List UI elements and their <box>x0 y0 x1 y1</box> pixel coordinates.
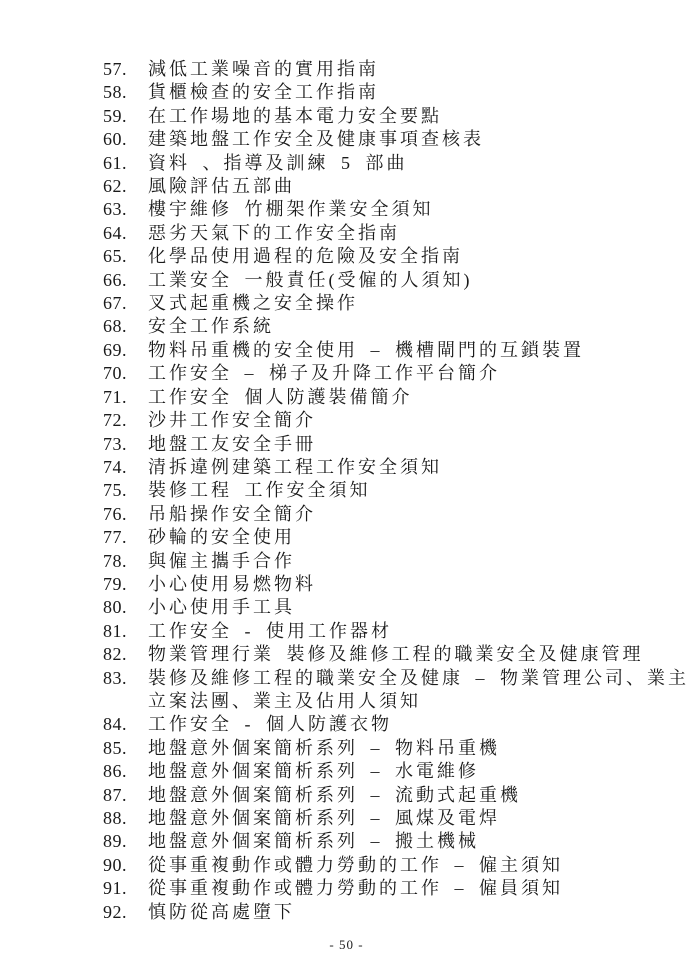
item-number: 86. <box>103 760 148 783</box>
item-text-line: 化學品使用過程的危險及安全指南 <box>148 245 663 268</box>
item-text: 叉式起重機之安全操作 <box>148 292 663 315</box>
page-footer: - 50 - <box>0 936 693 954</box>
list-item: 75. 裝修工程 工作安全須知 <box>103 479 663 502</box>
item-text-line: 惡劣天氣下的工作安全指南 <box>148 222 663 245</box>
item-number: 79. <box>103 573 148 596</box>
item-text-line: 建築地盤工作安全及健康事項查核表 <box>148 128 663 151</box>
list-item: 83. 裝修及維修工程的職業安全及健康 – 物業管理公司、業主立案法團、業主及佔… <box>103 667 663 714</box>
list-item: 87. 地盤意外個案簡析系列 – 流動式起重機 <box>103 784 663 807</box>
item-text-line: 減低工業噪音的實用指南 <box>148 58 663 81</box>
document-page: 57. 減低工業噪音的實用指南 58. 貨櫃檢查的安全工作指南 59. 在工作場… <box>0 0 693 980</box>
item-text-line: 物料吊重機的安全使用 – 機槽閘門的互鎖裝置 <box>148 339 663 362</box>
item-text: 貨櫃檢查的安全工作指南 <box>148 81 663 104</box>
item-text-line: 砂輪的安全使用 <box>148 526 663 549</box>
item-number: 70. <box>103 362 148 385</box>
item-text: 在工作場地的基本電力安全要點 <box>148 105 663 128</box>
item-text-line: 從事重複動作或體力勞動的工作 – 僱員須知 <box>148 877 663 900</box>
list-item: 65. 化學品使用過程的危險及安全指南 <box>103 245 663 268</box>
list-item: 63. 樓宇維修 竹棚架作業安全須知 <box>103 198 663 221</box>
item-text-line: 地盤意外個案簡析系列 – 流動式起重機 <box>148 784 663 807</box>
page-number: - 50 - <box>329 937 363 952</box>
item-text-line: 叉式起重機之安全操作 <box>148 292 663 315</box>
item-number: 80. <box>103 596 148 619</box>
item-text-line: 地盤意外個案簡析系列 – 水電維修 <box>148 760 663 783</box>
item-number: 72. <box>103 409 148 432</box>
item-text: 樓宇維修 竹棚架作業安全須知 <box>148 198 663 221</box>
item-text-line: 工作安全 個人防護裝備簡介 <box>148 386 663 409</box>
list-item: 80. 小心使用手工具 <box>103 596 663 619</box>
list-item: 61. 資料 、指導及訓練 5 部曲 <box>103 152 663 175</box>
item-text: 地盤意外個案簡析系列 – 物料吊重機 <box>148 737 663 760</box>
list-item: 62. 風險評估五部曲 <box>103 175 663 198</box>
item-text-line: 清拆違例建築工程工作安全須知 <box>148 456 663 479</box>
item-text-line: 風險評估五部曲 <box>148 175 663 198</box>
item-number: 65. <box>103 245 148 268</box>
item-number: 57. <box>103 58 148 81</box>
item-text: 地盤工友安全手冊 <box>148 433 663 456</box>
list-item: 66. 工業安全 一般責任(受僱的人須知) <box>103 269 663 292</box>
item-text: 風險評估五部曲 <box>148 175 663 198</box>
item-number: 77. <box>103 526 148 549</box>
item-number: 58. <box>103 81 148 104</box>
list-item: 58. 貨櫃檢查的安全工作指南 <box>103 81 663 104</box>
list-item: 91. 從事重複動作或體力勞動的工作 – 僱員須知 <box>103 877 663 900</box>
item-text: 工業安全 一般責任(受僱的人須知) <box>148 269 663 292</box>
item-number: 91. <box>103 877 148 900</box>
item-text: 工作安全 - 個人防護衣物 <box>148 713 663 736</box>
item-number: 83. <box>103 667 148 690</box>
list-item: 60. 建築地盤工作安全及健康事項查核表 <box>103 128 663 151</box>
item-text: 從事重複動作或體力勞動的工作 – 僱員須知 <box>148 877 663 900</box>
item-text-line: 慎防從高處墮下 <box>148 901 663 924</box>
list-item: 71. 工作安全 個人防護裝備簡介 <box>103 386 663 409</box>
item-text: 地盤意外個案簡析系列 – 水電維修 <box>148 760 663 783</box>
item-number: 75. <box>103 479 148 502</box>
list-item: 70. 工作安全 – 梯子及升降工作平台簡介 <box>103 362 663 385</box>
item-number: 81. <box>103 620 148 643</box>
item-number: 62. <box>103 175 148 198</box>
list-item: 74. 清拆違例建築工程工作安全須知 <box>103 456 663 479</box>
item-text: 資料 、指導及訓練 5 部曲 <box>148 152 663 175</box>
item-text: 沙井工作安全簡介 <box>148 409 663 432</box>
item-text: 裝修及維修工程的職業安全及健康 – 物業管理公司、業主立案法團、業主及佔用人須知 <box>148 667 689 714</box>
item-number: 63. <box>103 198 148 221</box>
list-item: 69. 物料吊重機的安全使用 – 機槽閘門的互鎖裝置 <box>103 339 663 362</box>
item-text: 惡劣天氣下的工作安全指南 <box>148 222 663 245</box>
item-text-line: 樓宇維修 竹棚架作業安全須知 <box>148 198 663 221</box>
list-item: 72. 沙井工作安全簡介 <box>103 409 663 432</box>
item-text: 砂輪的安全使用 <box>148 526 663 549</box>
item-number: 67. <box>103 292 148 315</box>
item-number: 87. <box>103 784 148 807</box>
item-text: 小心使用手工具 <box>148 596 663 619</box>
item-text-line: 工作安全 – 梯子及升降工作平台簡介 <box>148 362 663 385</box>
item-text: 建築地盤工作安全及健康事項查核表 <box>148 128 663 151</box>
list-item: 85. 地盤意外個案簡析系列 – 物料吊重機 <box>103 737 663 760</box>
item-number: 90. <box>103 854 148 877</box>
item-text-line: 小心使用易燃物料 <box>148 573 663 596</box>
item-number: 89. <box>103 830 148 853</box>
item-text-line: 與僱主攜手合作 <box>148 550 663 573</box>
list-item: 90. 從事重複動作或體力勞動的工作 – 僱主須知 <box>103 854 663 877</box>
list-item: 89. 地盤意外個案簡析系列 – 搬土機械 <box>103 830 663 853</box>
item-text-line: 立案法團、業主及佔用人須知 <box>148 690 689 713</box>
item-list: 57. 減低工業噪音的實用指南 58. 貨櫃檢查的安全工作指南 59. 在工作場… <box>103 58 663 924</box>
list-item: 59. 在工作場地的基本電力安全要點 <box>103 105 663 128</box>
item-text-line: 物業管理行業 裝修及維修工程的職業安全及健康管理 <box>148 643 663 666</box>
item-text: 化學品使用過程的危險及安全指南 <box>148 245 663 268</box>
item-text: 從事重複動作或體力勞動的工作 – 僱主須知 <box>148 854 663 877</box>
list-item: 57. 減低工業噪音的實用指南 <box>103 58 663 81</box>
item-number: 74. <box>103 456 148 479</box>
item-text: 工作安全 - 使用工作器材 <box>148 620 663 643</box>
item-number: 69. <box>103 339 148 362</box>
item-text-line: 地盤意外個案簡析系列 – 風煤及電焊 <box>148 807 663 830</box>
list-item: 77. 砂輪的安全使用 <box>103 526 663 549</box>
list-item: 73. 地盤工友安全手冊 <box>103 433 663 456</box>
item-number: 92. <box>103 901 148 924</box>
item-text-line: 工業安全 一般責任(受僱的人須知) <box>148 269 663 292</box>
item-number: 76. <box>103 503 148 526</box>
item-text-line: 裝修及維修工程的職業安全及健康 – 物業管理公司、業主 <box>148 667 689 690</box>
item-text: 工作安全 – 梯子及升降工作平台簡介 <box>148 362 663 385</box>
item-text-line: 吊船操作安全簡介 <box>148 503 663 526</box>
item-text-line: 小心使用手工具 <box>148 596 663 619</box>
item-text: 減低工業噪音的實用指南 <box>148 58 663 81</box>
item-number: 64. <box>103 222 148 245</box>
item-number: 88. <box>103 807 148 830</box>
item-number: 78. <box>103 550 148 573</box>
list-item: 92. 慎防從高處墮下 <box>103 901 663 924</box>
item-text-line: 地盤意外個案簡析系列 – 搬土機械 <box>148 830 663 853</box>
item-number: 60. <box>103 128 148 151</box>
item-text: 與僱主攜手合作 <box>148 550 663 573</box>
item-text: 安全工作系統 <box>148 315 663 338</box>
list-item: 79. 小心使用易燃物料 <box>103 573 663 596</box>
item-text-line: 地盤意外個案簡析系列 – 物料吊重機 <box>148 737 663 760</box>
item-text-line: 地盤工友安全手冊 <box>148 433 663 456</box>
item-number: 66. <box>103 269 148 292</box>
item-text-line: 從事重複動作或體力勞動的工作 – 僱主須知 <box>148 854 663 877</box>
item-text: 地盤意外個案簡析系列 – 流動式起重機 <box>148 784 663 807</box>
item-text-line: 在工作場地的基本電力安全要點 <box>148 105 663 128</box>
item-text: 慎防從高處墮下 <box>148 901 663 924</box>
list-item: 64. 惡劣天氣下的工作安全指南 <box>103 222 663 245</box>
item-text: 小心使用易燃物料 <box>148 573 663 596</box>
item-text: 地盤意外個案簡析系列 – 搬土機械 <box>148 830 663 853</box>
item-number: 85. <box>103 737 148 760</box>
item-text: 裝修工程 工作安全須知 <box>148 479 663 502</box>
item-text: 清拆違例建築工程工作安全須知 <box>148 456 663 479</box>
item-text-line: 安全工作系統 <box>148 315 663 338</box>
item-text: 物料吊重機的安全使用 – 機槽閘門的互鎖裝置 <box>148 339 663 362</box>
item-number: 82. <box>103 643 148 666</box>
item-number: 84. <box>103 713 148 736</box>
item-text-line: 貨櫃檢查的安全工作指南 <box>148 81 663 104</box>
item-number: 71. <box>103 386 148 409</box>
item-number: 61. <box>103 152 148 175</box>
item-text-line: 裝修工程 工作安全須知 <box>148 479 663 502</box>
list-item: 67. 叉式起重機之安全操作 <box>103 292 663 315</box>
list-item: 86. 地盤意外個案簡析系列 – 水電維修 <box>103 760 663 783</box>
item-text-line: 資料 、指導及訓練 5 部曲 <box>148 152 663 175</box>
item-text-line: 工作安全 - 個人防護衣物 <box>148 713 663 736</box>
list-item: 78. 與僱主攜手合作 <box>103 550 663 573</box>
item-number: 73. <box>103 433 148 456</box>
list-item: 88. 地盤意外個案簡析系列 – 風煤及電焊 <box>103 807 663 830</box>
item-number: 68. <box>103 315 148 338</box>
list-item: 76. 吊船操作安全簡介 <box>103 503 663 526</box>
item-text: 工作安全 個人防護裝備簡介 <box>148 386 663 409</box>
list-item: 84. 工作安全 - 個人防護衣物 <box>103 713 663 736</box>
item-text: 吊船操作安全簡介 <box>148 503 663 526</box>
item-text: 物業管理行業 裝修及維修工程的職業安全及健康管理 <box>148 643 663 666</box>
list-item: 68. 安全工作系統 <box>103 315 663 338</box>
list-item: 81. 工作安全 - 使用工作器材 <box>103 620 663 643</box>
list-item: 82. 物業管理行業 裝修及維修工程的職業安全及健康管理 <box>103 643 663 666</box>
item-text-line: 沙井工作安全簡介 <box>148 409 663 432</box>
item-text: 地盤意外個案簡析系列 – 風煤及電焊 <box>148 807 663 830</box>
item-number: 59. <box>103 105 148 128</box>
item-text-line: 工作安全 - 使用工作器材 <box>148 620 663 643</box>
